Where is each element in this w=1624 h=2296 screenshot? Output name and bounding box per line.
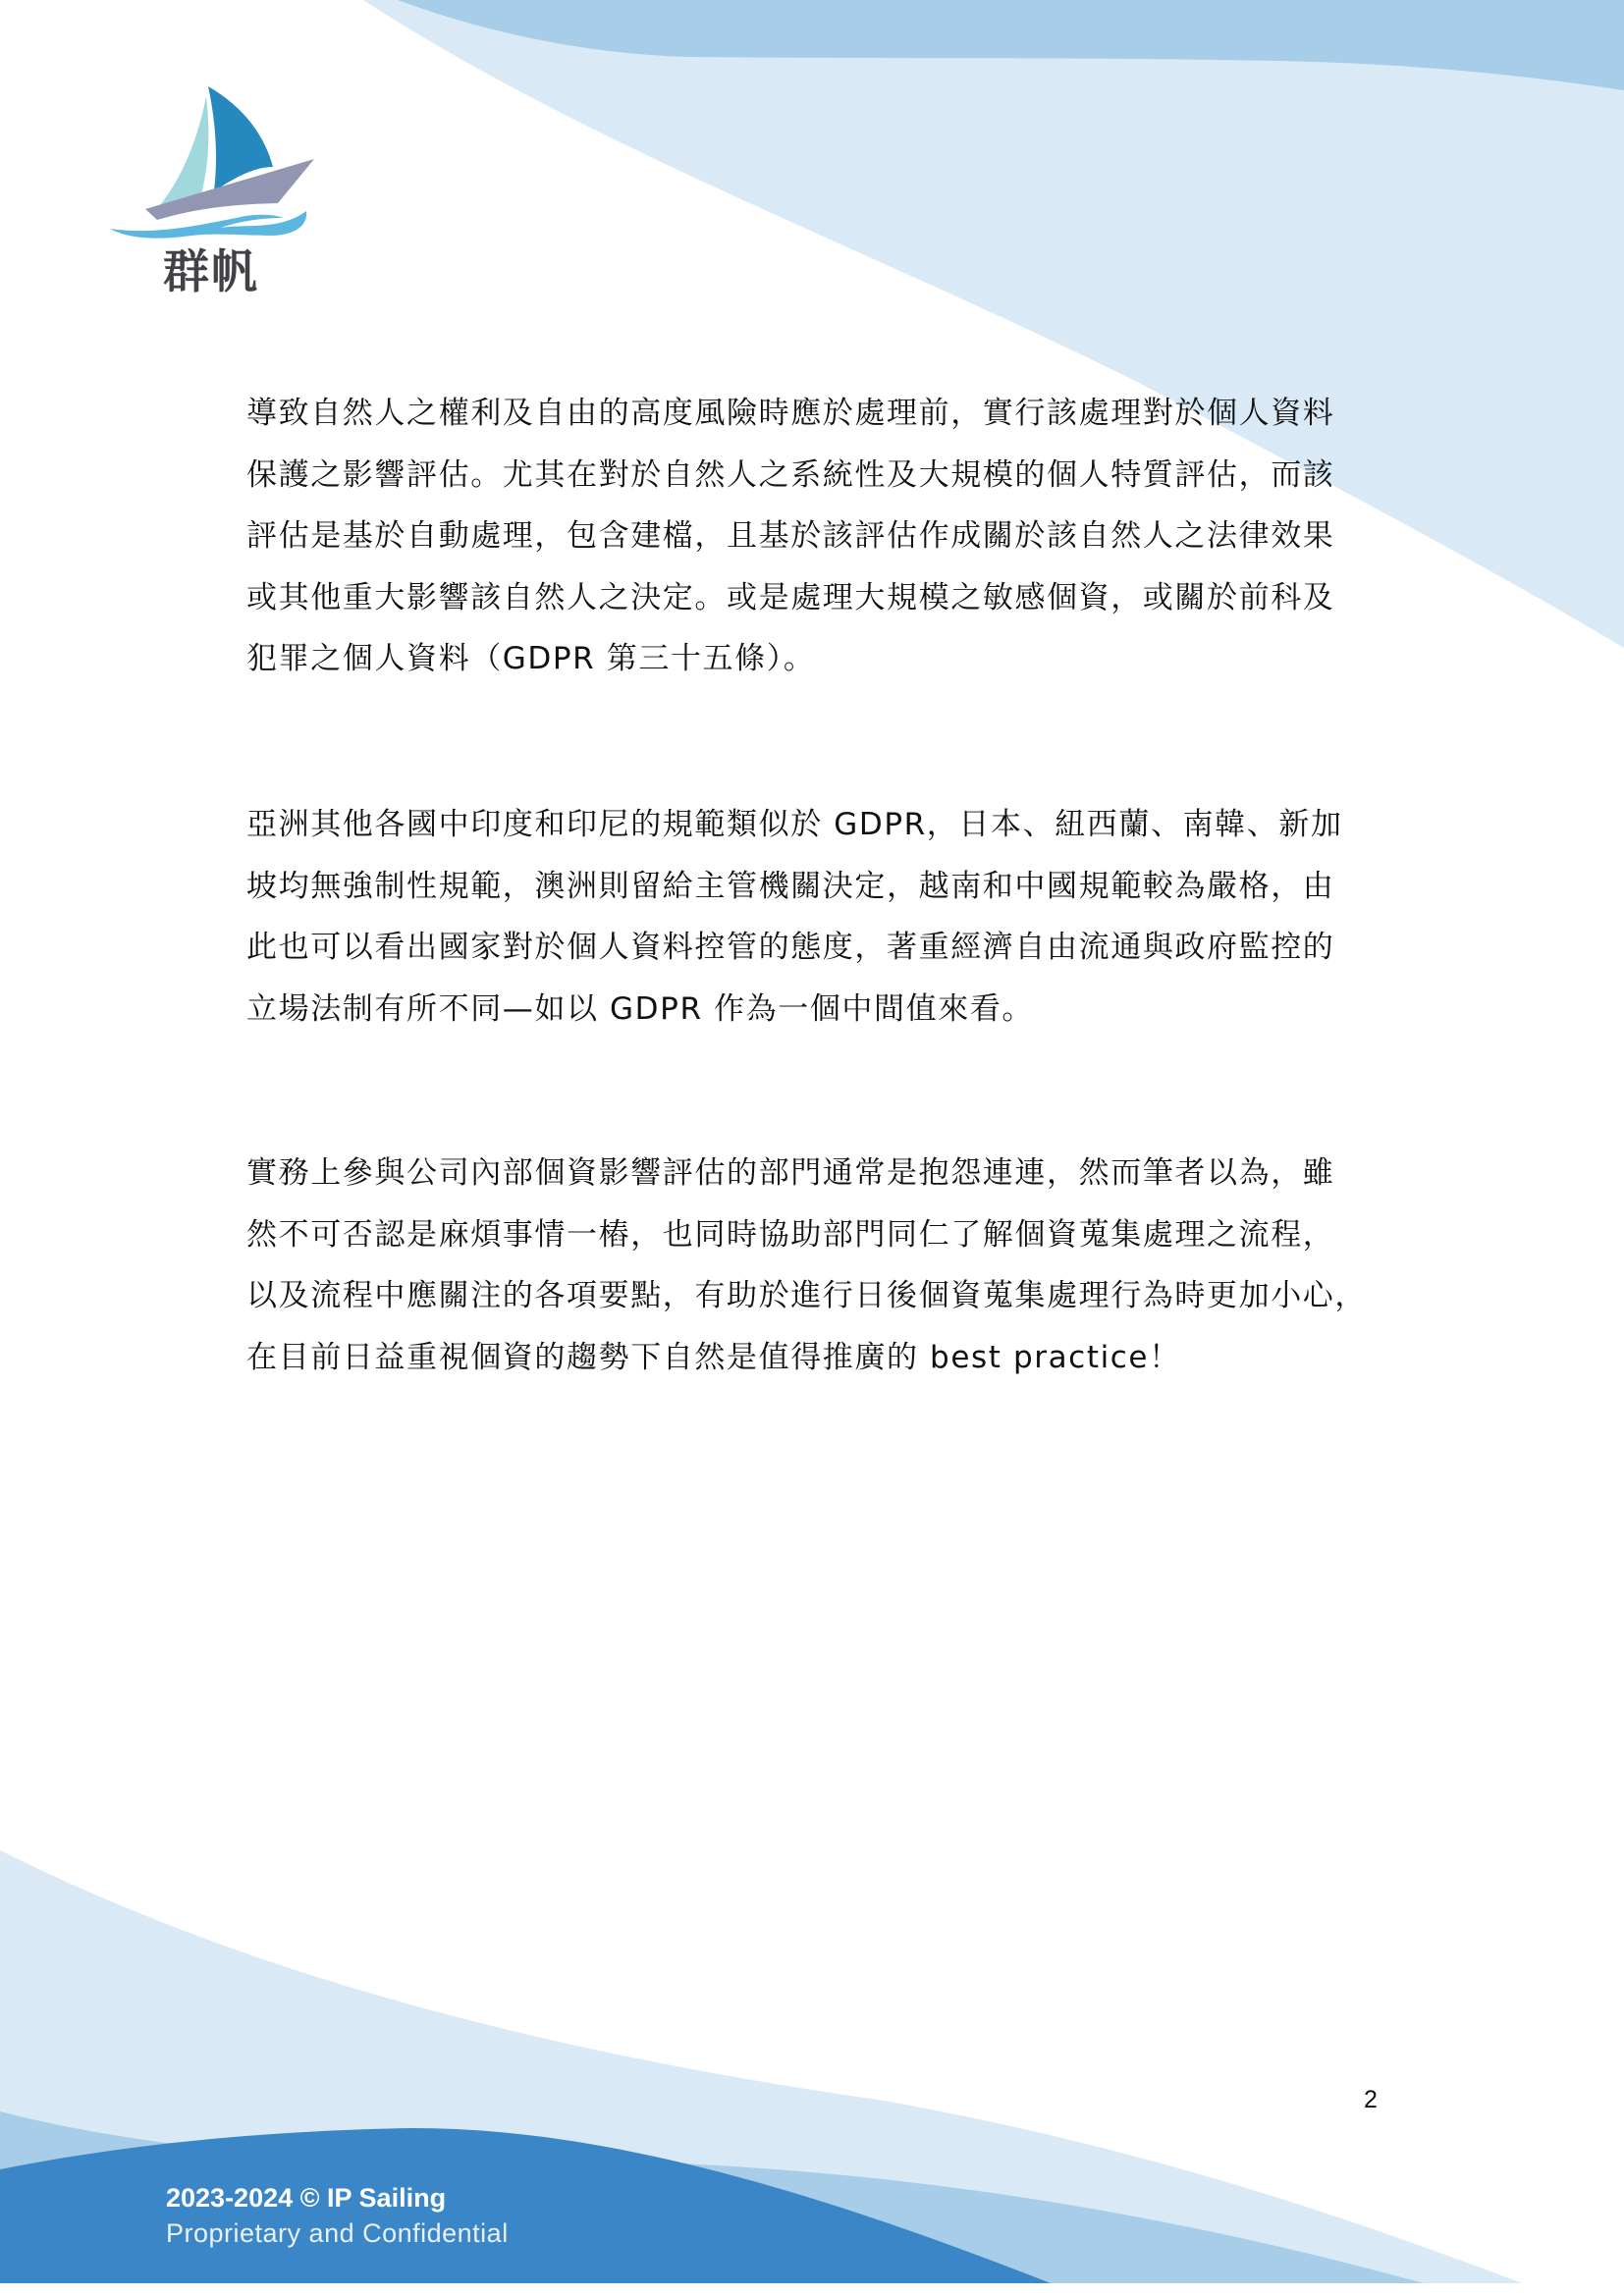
paragraph-best-practice: 實務上參與公司內部個資影響評估的部門通常是抱怨連連，然而筆者以為，雖 然不可否認… bbox=[246, 1143, 1425, 1388]
text-line: 在目前日益重視個資的趨勢下自然是值得推廣的 best practice！ bbox=[246, 1327, 1425, 1389]
paragraph-asia-regulations: 亞洲其他各國中印度和印尼的規範類似於 GDPR，日本、紐西蘭、南韓、新加 坡均無… bbox=[246, 794, 1425, 1040]
text-line: 亞洲其他各國中印度和印尼的規範類似於 GDPR，日本、紐西蘭、南韓、新加 bbox=[246, 794, 1425, 856]
footer-copyright: 2023-2024 © IP Sailing bbox=[166, 2183, 446, 2214]
text-line: 保護之影響評估。尤其在對於自然人之系統性及大規模的個人特質評估，而該 bbox=[246, 445, 1425, 507]
company-logo: 群帆 bbox=[98, 79, 324, 314]
text-line: 然不可否認是麻煩事情一樁，也同時協助部門同仁了解個資蒐集處理之流程， bbox=[246, 1204, 1425, 1266]
text-line: 以及流程中應關注的各項要點，有助於進行日後個資蒐集處理行為時更加小心， bbox=[246, 1265, 1425, 1327]
text-line: 導致自然人之權利及自由的高度風險時應於處理前，實行該處理對於個人資料 bbox=[246, 383, 1425, 445]
text-line: 立場法制有所不同—如以 GDPR 作為一個中間值來看。 bbox=[246, 979, 1425, 1041]
page-number: 2 bbox=[1364, 2086, 1378, 2114]
text-line: 此也可以看出國家對於個人資料控管的態度，著重經濟自由流通與政府監控的 bbox=[246, 917, 1425, 979]
text-line: 坡均無強制性規範，澳洲則留給主管機關決定，越南和中國規範較為嚴格，由 bbox=[246, 856, 1425, 918]
water-wave-icon bbox=[110, 211, 306, 239]
text-line: 或其他重大影響該自然人之決定。或是處理大規模之敏感個資，或關於前科及 bbox=[246, 567, 1425, 629]
sailboat-icon bbox=[98, 79, 324, 245]
logo-text: 群帆 bbox=[163, 249, 259, 295]
paragraph-dpia: 導致自然人之權利及自由的高度風險時應於處理前，實行該處理對於個人資料 保護之影響… bbox=[246, 383, 1425, 690]
footer-confidential: Proprietary and Confidential bbox=[166, 2218, 509, 2249]
text-line: 犯罪之個人資料（GDPR 第三十五條）。 bbox=[246, 628, 1425, 690]
text-line: 實務上參與公司內部個資影響評估的部門通常是抱怨連連，然而筆者以為，雖 bbox=[246, 1143, 1425, 1204]
text-line: 評估是基於自動處理，包含建檔，且基於該評估作成關於該自然人之法律效果 bbox=[246, 506, 1425, 567]
